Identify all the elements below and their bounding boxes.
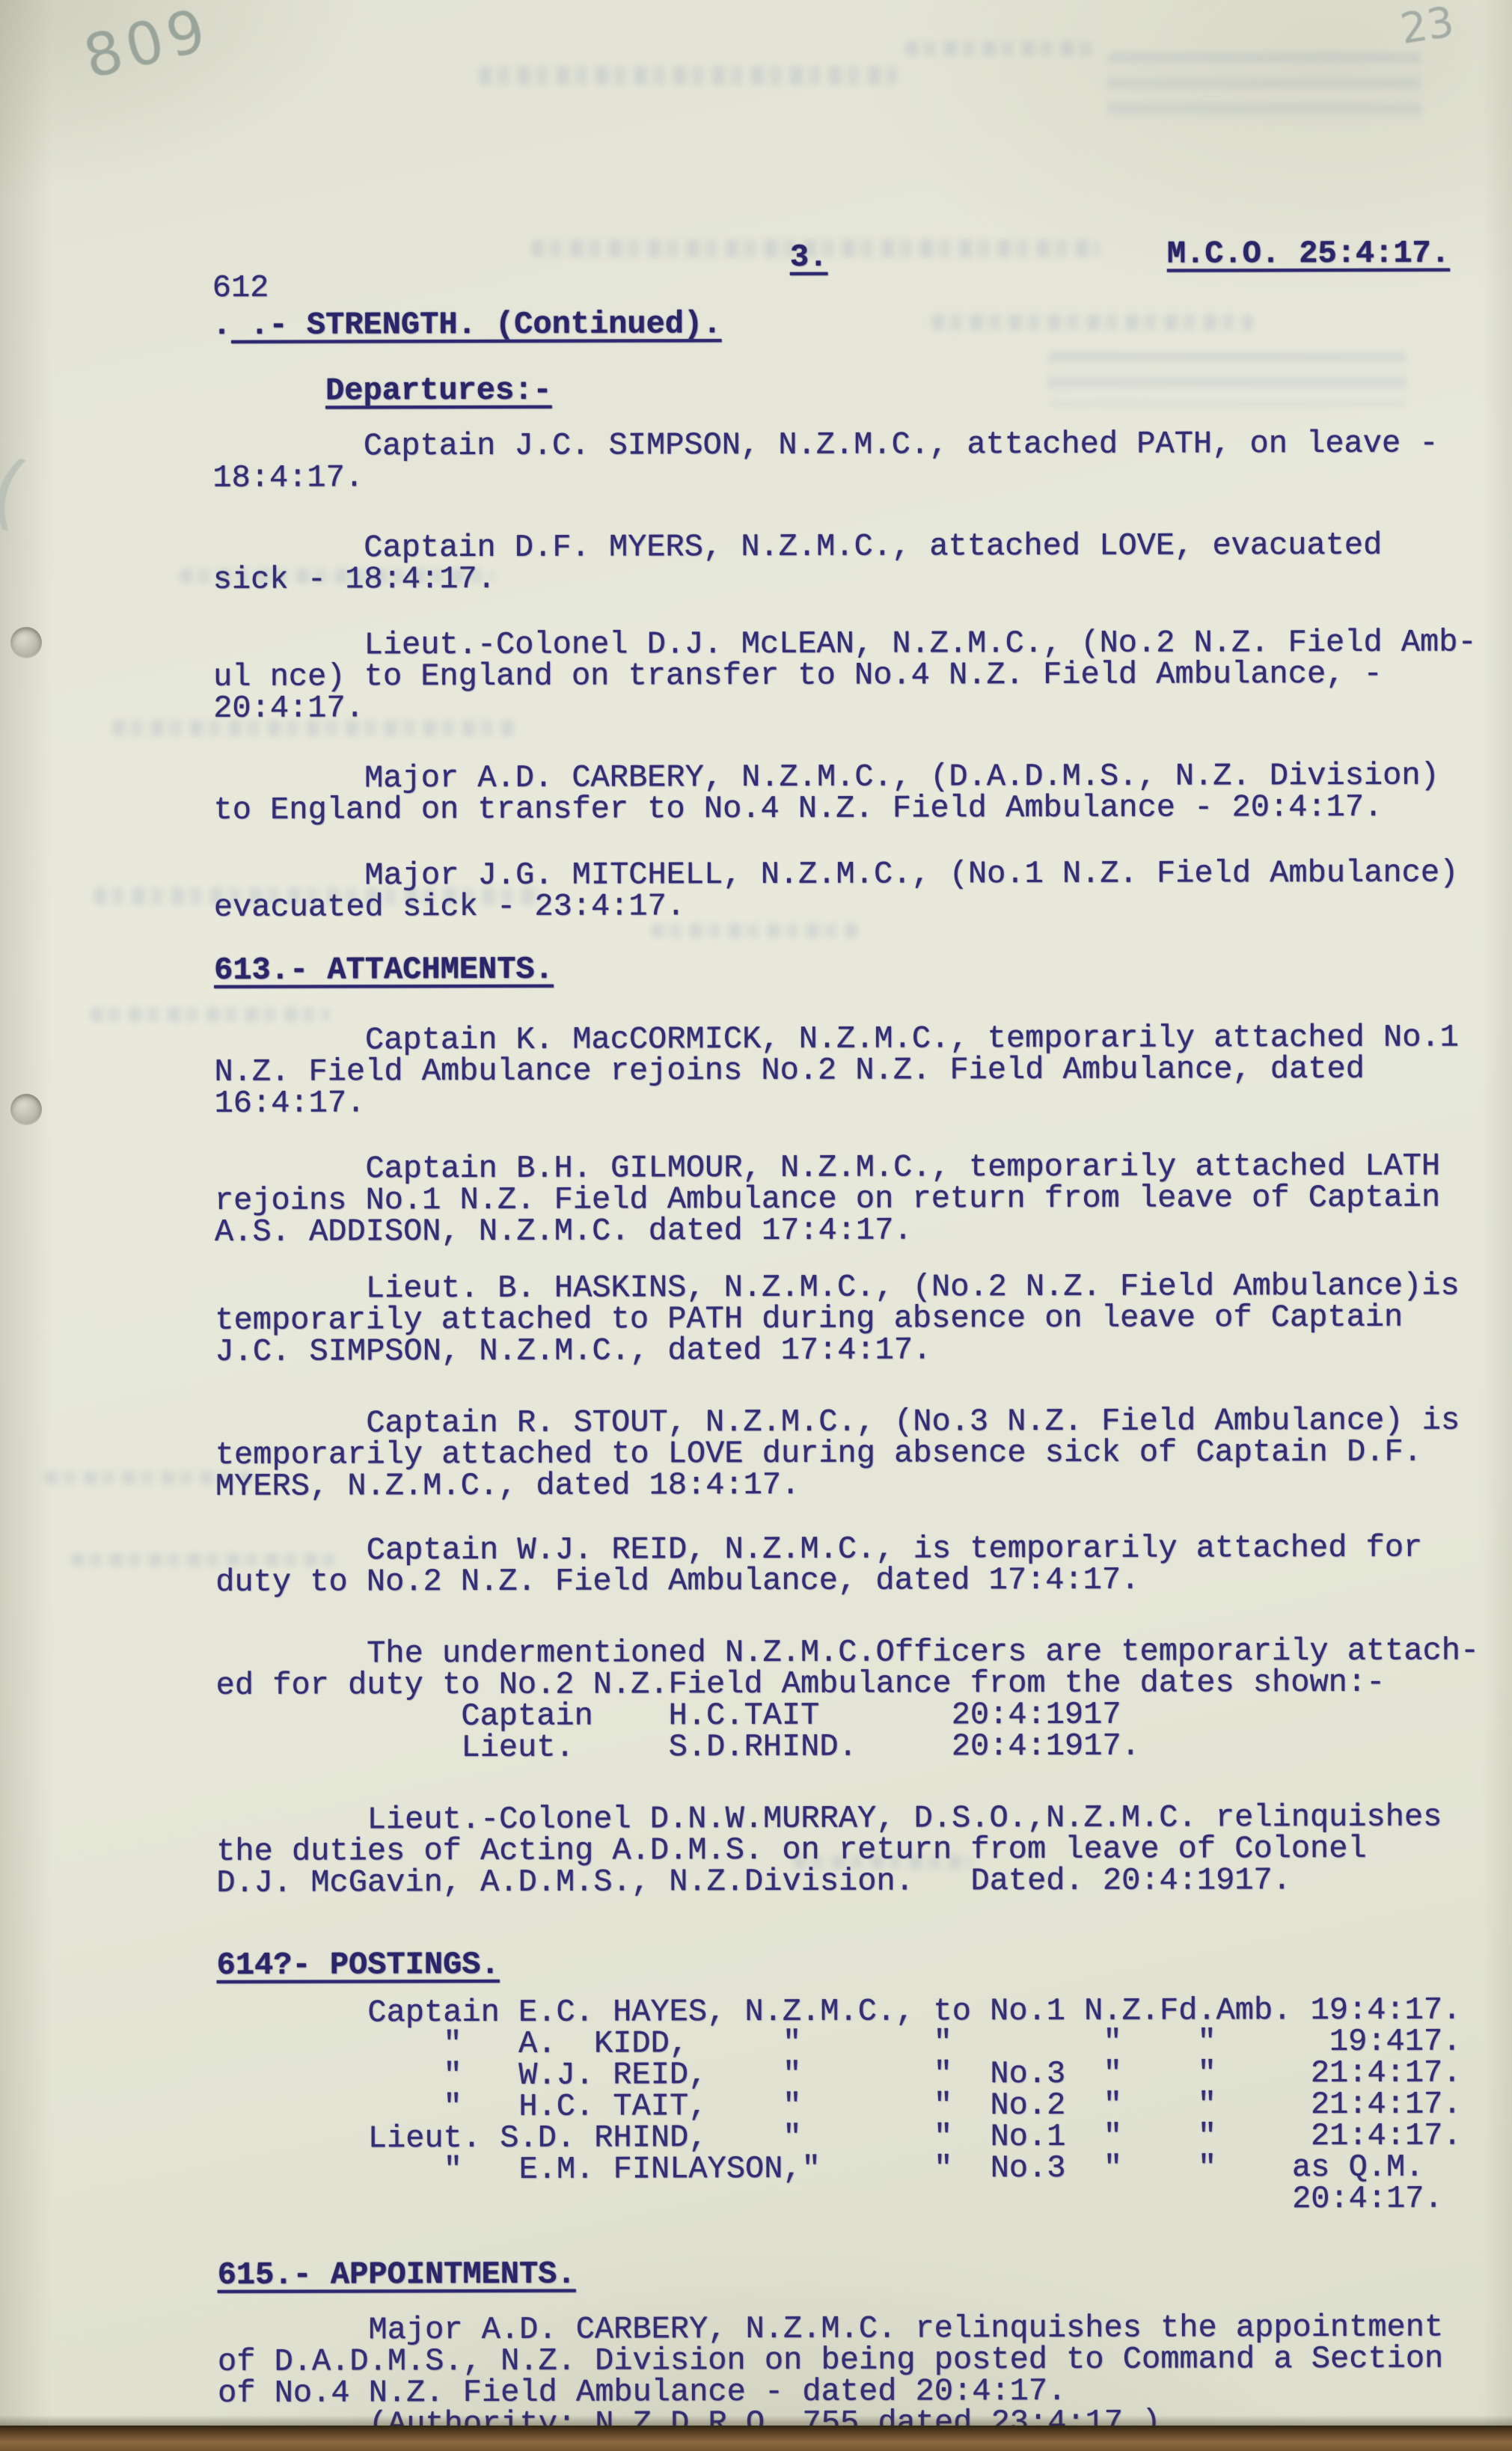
- margin-dot: .: [212, 307, 231, 343]
- para-undermentioned: The undermentioned N.Z.M.C.Officers are …: [215, 1635, 1479, 1763]
- text-line: N.Z. Field Ambulance rejoins No.2 N.Z. F…: [214, 1053, 1459, 1088]
- text-line: to England on transfer to No.4 N.Z. Fiel…: [213, 792, 1439, 826]
- section-title-line: . .- STRENGTH. (Continued).: [212, 308, 722, 341]
- section-heading-line: 614?- POSTINGS.: [217, 1949, 500, 1981]
- departures-subheading: Departures:-: [325, 375, 552, 407]
- page-number-text: 3.: [790, 239, 828, 275]
- document-page: 809 23 ( 3. M.C.O. 25:4:17. 612. .- STRE…: [0, 0, 1512, 2451]
- para-simpson: Captain J.C. SIMPSON, N.Z.M.C., attached…: [212, 428, 1438, 494]
- para-stout: Captain R. STOUT, N.Z.M.C., (No.3 N.Z. F…: [215, 1405, 1460, 1502]
- desk-table-edge: [0, 2426, 1512, 2451]
- para-carbery-transfer: Major A.D. CARBERY, N.Z.M.C., (D.A.D.M.S…: [213, 760, 1439, 826]
- text-line: temporarily attached to LOVE during abse…: [215, 1436, 1460, 1471]
- section-heading-text: 615.- APPOINTMENTS.: [218, 2256, 576, 2293]
- paper-bottom-edge-shadow: [0, 2415, 1512, 2426]
- section-heading-line: 615.- APPOINTMENTS.: [218, 2259, 576, 2291]
- text-line: 20:4:17.: [217, 2183, 1462, 2218]
- text-line: of No.4 N.Z. Field Ambulance - dated 20:…: [218, 2375, 1443, 2409]
- text-line: sick - 18:4:17.: [213, 561, 1383, 596]
- section-title-text: .- STRENGTH. (Continued).: [231, 306, 721, 343]
- text-line: J.C. SIMPSON, N.Z.M.C., dated 17:4:17.: [215, 1333, 1460, 1368]
- para-mitchell: Major J.G. MITCHELL, N.Z.M.C., (No.1 N.Z…: [214, 857, 1459, 923]
- section-614-postings: 614?- POSTINGS.: [217, 1949, 500, 1981]
- section-612-strength: . .- STRENGTH. (Continued).: [212, 308, 722, 341]
- text-line: ul nce) to England on transfer to No.4 N…: [213, 658, 1477, 692]
- text-line: 16:4:17.: [215, 1085, 1460, 1119]
- para-mclean: Lieut.-Colonel D.J. McLEAN, N.Z.M.C., (N…: [213, 626, 1477, 723]
- text-line: rejoins No.1 N.Z. Field Ambulance on ret…: [215, 1182, 1440, 1217]
- typewritten-text-layer: 3. M.C.O. 25:4:17. 612. .- STRENGTH. (Co…: [0, 0, 1512, 2451]
- para-murray: Lieut.-Colonel D.N.W.MURRAY, D.S.O.,N.Z.…: [216, 1802, 1442, 1899]
- text-line: MYERS, N.Z.M.C., dated 18:4:17.: [215, 1468, 1460, 1502]
- section-615-appointments: 615.- APPOINTMENTS.: [218, 2259, 576, 2291]
- section-heading-line: Departures:-: [325, 375, 552, 407]
- para-maccormick: Captain K. MacCORMICK, N.Z.M.C., tempora…: [214, 1022, 1459, 1119]
- text-line: 18:4:17.: [212, 459, 1438, 494]
- text-line: ed for duty to No.2 N.Z.Field Ambulance …: [216, 1666, 1480, 1701]
- text-line: A.S. ADDISON, N.Z.M.C. dated 17:4:17.: [215, 1214, 1440, 1248]
- text-line: Captain H.C.TAIT 20:4:1917: [216, 1698, 1480, 1732]
- order-reference: M.C.O. 25:4:17.: [1053, 206, 1450, 302]
- text-line: Captain J.C. SIMPSON, N.Z.M.C., attached…: [212, 428, 1438, 462]
- text-line: evacuated sick - 23:4:17.: [214, 889, 1459, 923]
- section-heading-text: Departures:-: [325, 373, 552, 409]
- order-reference-text: M.C.O. 25:4:17.: [1167, 236, 1450, 272]
- text-line: 20:4:17.: [213, 689, 1477, 723]
- para-myers: Captain D.F. MYERS, N.Z.M.C., attached L…: [213, 530, 1383, 596]
- page-number: 3.: [676, 210, 827, 305]
- text-line: of D.A.D.M.S., N.Z. Division on being po…: [218, 2343, 1443, 2378]
- text-line: Lieut. S.D.RHIND. 20:4:1917.: [216, 1729, 1480, 1763]
- text-line: Captain D.F. MYERS, N.Z.M.C., attached L…: [213, 530, 1383, 564]
- text-line: duty to No.2 N.Z. Field Ambulance, dated…: [215, 1564, 1422, 1598]
- para-gilmour: Captain B.H. GILMOUR, N.Z.M.C., temporar…: [215, 1151, 1441, 1248]
- section-heading-text: 613.- ATTACHMENTS.: [214, 952, 554, 988]
- text-line: D.J. McGavin, A.D.M.S., N.Z.Division. Da…: [216, 1864, 1442, 1899]
- postings-table: Captain E.C. HAYES, N.Z.M.C., to No.1 N.…: [217, 1995, 1462, 2218]
- para-reid: Captain W.J. REID, N.Z.M.C., is temporar…: [215, 1532, 1422, 1598]
- text-line: temporarily attached to PATH during abse…: [215, 1302, 1460, 1336]
- section-heading-line: 613.- ATTACHMENTS.: [214, 954, 554, 986]
- section-heading-text: 614?- POSTINGS.: [217, 1947, 500, 1983]
- text-line: Major J.G. MITCHELL, N.Z.M.C., (No.1 N.Z…: [214, 857, 1459, 892]
- section-613-attachments: 613.- ATTACHMENTS.: [214, 954, 554, 986]
- para-haskins: Lieut. B. HASKINS, N.Z.M.C., (No.2 N.Z. …: [215, 1270, 1460, 1368]
- text-line: 612: [212, 272, 269, 304]
- text-line: Captain W.J. REID, N.Z.M.C., is temporar…: [215, 1532, 1422, 1567]
- series-number: 612: [212, 272, 269, 304]
